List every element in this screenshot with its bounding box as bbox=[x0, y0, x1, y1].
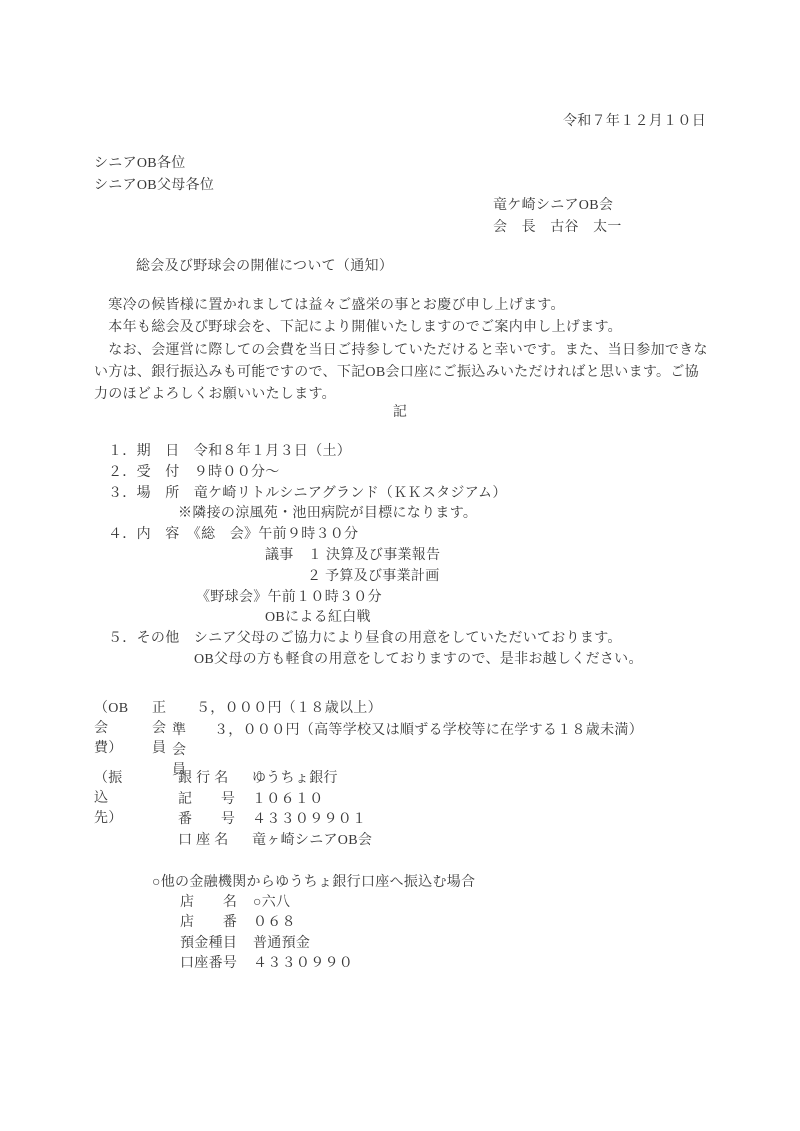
transfer-label-symbol: 記 号 bbox=[178, 788, 235, 808]
transfer-value-bank-name: ゆうちょ銀行 bbox=[252, 767, 338, 787]
document-date: 令和７年１２月１０日 bbox=[94, 110, 706, 130]
transfer-label-account-name: 口 座 名 bbox=[178, 829, 229, 849]
schedule-list: １．期 日 令和８年１月３日（土） ２．受 付 ９時００分～ ３．場 所 竜ケ崎… bbox=[94, 442, 643, 671]
body-paragraphs: 寒冷の候皆様に置かれましては益々ご盛栄の事とお慶び申し上げます。 本年も総会及び… bbox=[94, 295, 708, 406]
subject-line: 総会及び野球会の開催について（通知） bbox=[136, 255, 393, 275]
transfer-heading: （振込先） bbox=[94, 767, 123, 827]
other-bank-label-branch-name: 店 名 bbox=[180, 891, 237, 911]
other-bank-label-account-number: 口座番号 bbox=[180, 952, 237, 972]
schedule-line-baseball-note: OBによる紅白戦 bbox=[94, 608, 643, 629]
recipient-block: シニアOB各位 シニアOB父母各位 bbox=[94, 153, 214, 198]
schedule-line-baseball: 《野球会》午前１０時３０分 bbox=[94, 588, 643, 609]
body-line: なお、会運営に際しての会費を当日ご持参していただけると幸いです。また、当日参加で… bbox=[94, 340, 708, 362]
schedule-line-agenda-1: 議事 １ 決算及び事業報告 bbox=[94, 546, 643, 567]
body-line: 本年も総会及び野球会を、下記により開催いたしますのでご案内申し上げます。 bbox=[94, 317, 708, 339]
body-line: い方は、銀行振込みも可能ですので、下記OB会口座にご振込みいただければと思います… bbox=[94, 362, 708, 384]
sender-organization: 竜ケ崎シニアOB会 bbox=[493, 195, 622, 217]
sender-block: 竜ケ崎シニアOB会 会 長 古谷 太一 bbox=[493, 195, 622, 240]
other-bank-label-branch-number: 店 番 bbox=[180, 911, 237, 931]
schedule-line-other-cont: OB父母の方も軽食の用意をしておりますので、是非お越しください。 bbox=[94, 650, 643, 671]
other-bank-value-branch-number: ０６８ bbox=[253, 911, 296, 931]
transfer-label-number: 番 号 bbox=[178, 808, 235, 828]
schedule-line-place-note: ※隣接の涼風苑・池田病院が目標になります。 bbox=[94, 504, 643, 525]
sender-president: 会 長 古谷 太一 bbox=[493, 217, 622, 239]
transfer-value-account-name: 竜ヶ崎シニアOB会 bbox=[252, 829, 372, 849]
recipient-line: シニアOB各位 bbox=[94, 153, 214, 175]
other-bank-value-deposit-type: 普通預金 bbox=[253, 932, 310, 952]
record-marker: 記 bbox=[94, 401, 706, 421]
schedule-line-other: ５．その他 シニア父母のご協力により昼食の用意をしていただいております。 bbox=[94, 629, 643, 650]
schedule-line-place: ３．場 所 竜ケ崎リトルシニアグランド（ＫＫスタジアム） bbox=[94, 484, 643, 505]
schedule-line-reception: ２．受 付 ９時００分～ bbox=[94, 463, 643, 484]
document-page: 令和７年１２月１０日 シニアOB各位 シニアOB父母各位 竜ケ崎シニアOB会 会… bbox=[0, 0, 800, 1131]
fee-amount: ５，０００円（１８歳以上） bbox=[196, 697, 382, 717]
schedule-line-agenda-2: ２ 予算及び事業計画 bbox=[94, 567, 643, 588]
other-bank-label-deposit-type: 預金種目 bbox=[180, 932, 237, 952]
other-bank-value-account-number: ４３３０９９０ bbox=[253, 952, 353, 972]
fee-amount: ３，０００円（高等学校又は順ずる学校等に在学する１８歳未満） bbox=[214, 719, 643, 739]
fee-member-type: 正会員 bbox=[152, 697, 166, 757]
schedule-line-date: １．期 日 令和８年１月３日（土） bbox=[94, 442, 643, 463]
other-bank-heading: ○他の金融機関からゆうちょ銀行口座へ振込む場合 bbox=[152, 871, 475, 891]
schedule-line-contents: ４．内 容 《総 会》午前９時３０分 bbox=[94, 525, 643, 546]
fees-heading: （OB会費） bbox=[94, 697, 128, 757]
transfer-value-symbol: １０６１０ bbox=[252, 788, 324, 808]
body-line: 寒冷の候皆様に置かれましては益々ご盛栄の事とお慶び申し上げます。 bbox=[94, 295, 708, 317]
recipient-line: シニアOB父母各位 bbox=[94, 175, 214, 197]
transfer-label-bank-name: 銀 行 名 bbox=[178, 767, 229, 787]
other-bank-value-branch-name: ○六八 bbox=[253, 891, 290, 911]
transfer-value-number: ４３３０９９０１ bbox=[252, 808, 366, 828]
